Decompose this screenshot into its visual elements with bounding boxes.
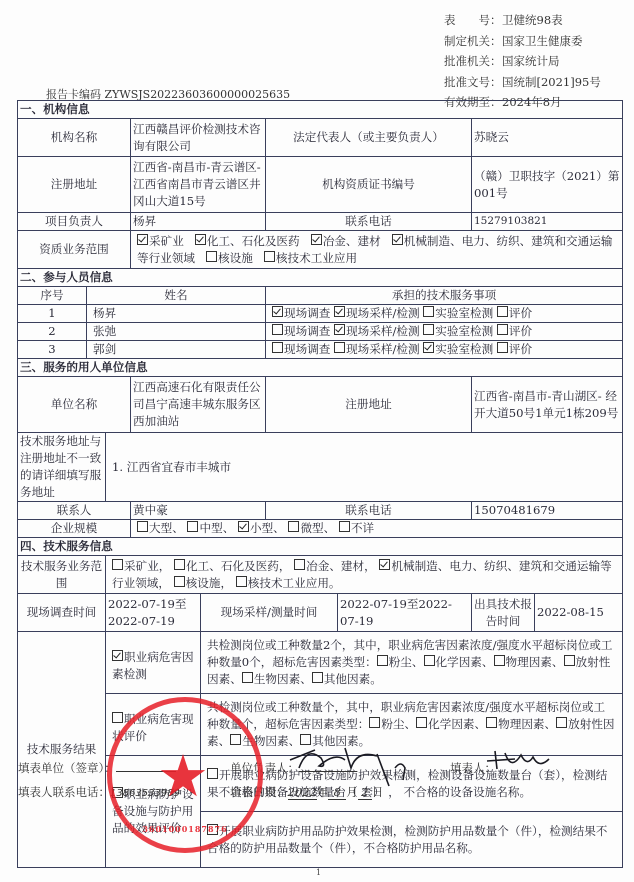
meta-row: 制定机关：国家卫生健康委 — [444, 31, 601, 52]
unit-reg-addr: 江西省-南昌市-青山湖区- 经开大道50号1单元1栋209号 — [472, 377, 623, 433]
section-title: 二、参与人员信息 — [18, 269, 623, 287]
checkbox[interactable] — [497, 342, 508, 353]
report-time: 2022-08-15 — [535, 594, 623, 632]
contact-phone-label: 联系电话 — [266, 502, 472, 520]
task-checkboxes: 现场调查 现场采样/检测 实验室检测 评价 — [266, 305, 623, 323]
checkbox[interactable] — [137, 521, 148, 532]
survey-time: 2022-07-19至2022-07-19 — [106, 594, 201, 632]
checkbox[interactable] — [174, 576, 185, 587]
meta-row: 表 号：卫健统98表 — [444, 10, 601, 31]
table-row: 1 杨昇 现场调查 现场采样/检测 实验室检测 评价 — [18, 305, 623, 323]
filler-phone-field: 填表人联系电话：13863533989 — [18, 784, 180, 800]
checkbox[interactable] — [137, 234, 148, 245]
checkbox[interactable] — [423, 324, 434, 335]
checkbox[interactable] — [334, 324, 345, 335]
checkbox[interactable] — [264, 251, 275, 262]
checkbox[interactable] — [112, 559, 123, 570]
sampling-time: 2022-07-19至2022-07-19 — [338, 594, 472, 632]
col-header-name: 姓名 — [87, 287, 266, 305]
meta-row: 批准机关：国家统计局 — [444, 51, 601, 72]
filler-phone: 13863533989 — [110, 788, 180, 799]
task-checkboxes: 现场调查 现场采样/检测 实验室检测 评价 — [266, 323, 623, 341]
checkbox[interactable] — [294, 559, 305, 570]
checkbox[interactable] — [339, 521, 350, 532]
checkbox[interactable] — [494, 655, 505, 666]
meta-row: 批准文号：国统制[2021]95号 — [444, 72, 601, 93]
task-checkboxes: 现场调查 现场采样/检测 实验室检测 评价 — [266, 341, 623, 359]
checkbox[interactable] — [423, 342, 434, 353]
checkbox[interactable] — [379, 559, 390, 570]
survey-time-label: 现场调查时间 — [18, 594, 106, 632]
unit-reg-addr-label: 注册地址 — [266, 377, 472, 433]
svc-scope: 采矿业， 化工、石化及医药， 冶金、建材， 机械制造、电力、纺织、建筑和交通运输… — [106, 556, 623, 594]
checkbox[interactable] — [312, 672, 323, 683]
org-name: 江西赣昌评价检测技术咨询有限公司 — [131, 119, 266, 157]
section-title: 三、服务的用人单位信息 — [18, 359, 623, 377]
checkbox[interactable] — [334, 342, 345, 353]
checkbox[interactable] — [112, 650, 123, 661]
page-number: 1 — [316, 868, 321, 877]
scope-label: 资质业务范围 — [18, 231, 131, 269]
checkbox[interactable] — [497, 306, 508, 317]
pm-label: 项目负责人 — [18, 213, 131, 231]
checkbox[interactable] — [416, 717, 427, 728]
col-header-no: 序号 — [18, 287, 87, 305]
result-type: 职业病危害因素检测 — [106, 632, 201, 694]
checkbox[interactable] — [272, 342, 283, 353]
filler-sign-field: 填表人： — [450, 760, 496, 776]
checkbox[interactable] — [272, 324, 283, 335]
checkbox[interactable] — [206, 251, 217, 262]
checkbox[interactable] — [497, 324, 508, 335]
checkbox[interactable] — [564, 655, 575, 666]
checkbox[interactable] — [392, 234, 403, 245]
contact-phone: 15070481679 — [472, 502, 623, 520]
checkbox[interactable] — [207, 824, 218, 835]
reg-addr-label: 注册地址 — [18, 157, 131, 213]
checkbox[interactable] — [112, 712, 123, 723]
result-type: 职业病危害现状评价 — [106, 694, 201, 756]
checkbox[interactable] — [311, 234, 322, 245]
unit-sign-field: 填表单位（签章）： — [18, 760, 176, 776]
size-label: 企业规模 — [18, 520, 131, 538]
contact-label: 联系人 — [18, 502, 131, 520]
checkbox[interactable] — [369, 717, 380, 728]
checkbox[interactable] — [556, 717, 567, 728]
unit-name-label: 单位名称 — [18, 377, 131, 433]
fill-date-field: 填表日期：2022年8月2日 — [230, 784, 383, 800]
checkbox[interactable] — [423, 306, 434, 317]
checkbox[interactable] — [230, 734, 241, 745]
checkbox[interactable] — [424, 655, 435, 666]
leader-sign-field: 单位负责人： — [230, 760, 357, 776]
section-title: 四、技术服务信息 — [18, 538, 623, 556]
contact-name: 黄中豪 — [131, 502, 266, 520]
result-detail: 开展职业病防护用品防护效果检测，检测防护用品数量个（件），检测结果不合格的防护用… — [201, 812, 623, 868]
pm-name: 杨昇 — [131, 213, 266, 231]
enterprise-size: 大型、 中型、 小型、 微型、 不详 — [131, 520, 623, 538]
checkbox[interactable] — [288, 521, 299, 532]
cert-label: 机构资质证书编号 — [266, 157, 472, 213]
checkbox[interactable] — [187, 521, 198, 532]
cert-no: （赣）卫职技字（2021）第001号 — [472, 157, 623, 213]
svc-addr-label: 技术服务地址与注册地址不一致的请详细填写服务地址 — [18, 433, 106, 502]
pm-phone: 15279103821 — [472, 213, 623, 231]
checkbox[interactable] — [238, 521, 249, 532]
result-detail: 共检测岗位或工种数量个，其中，职业病危害因素浓度/强度水平超标岗位或工种数量个，… — [201, 694, 623, 756]
checkbox[interactable] — [377, 655, 388, 666]
checkbox[interactable] — [486, 717, 497, 728]
section-title: 一、机构信息 — [18, 101, 623, 119]
checkbox[interactable] — [236, 576, 247, 587]
legal-rep: 苏晓云 — [472, 119, 623, 157]
unit-name: 江西高速石化有限责任公司昌宁高速丰城东服务区西加油站 — [131, 377, 266, 433]
checkbox[interactable] — [300, 734, 311, 745]
qualification-scope: 采矿业 化工、石化及医药 冶金、建材 机械制造、电力、纺织、建筑和交通运输等行业… — [131, 231, 623, 269]
result-detail: 共检测岗位或工种数量2个，其中，职业病危害因素浓度/强度水平超标岗位或工种数量0… — [201, 632, 623, 694]
sampling-time-label: 现场采样/测量时间 — [201, 594, 338, 632]
org-name-label: 机构名称 — [18, 119, 131, 157]
table-row: 3 郭剑 现场调查 现场采样/检测 实验室检测 评价 — [18, 341, 623, 359]
col-header-tasks: 承担的技术服务事项 — [266, 287, 623, 305]
checkbox[interactable] — [174, 559, 185, 570]
reg-addr: 江西省-南昌市-青云谱区-江西省南昌市青云谱区井冈山大道15号 — [131, 157, 266, 213]
result-label: 技术服务结果 — [18, 632, 106, 868]
report-form-table: 一、机构信息 机构名称 江西赣昌评价检测技术咨询有限公司 法定代表人（或主要负责… — [17, 100, 623, 868]
checkbox[interactable] — [195, 234, 206, 245]
phone-label: 联系电话 — [266, 213, 472, 231]
checkbox[interactable] — [334, 306, 345, 317]
report-time-label: 出具技术报告时间 — [472, 594, 535, 632]
form-metadata: 表 号：卫健统98表 制定机关：国家卫生健康委 批准机关：国家统计局 批准文号：… — [444, 10, 601, 113]
checkbox[interactable] — [207, 768, 218, 779]
checkbox[interactable] — [272, 306, 283, 317]
legal-rep-label: 法定代表人（或主要负责人） — [266, 119, 472, 157]
svc-scope-label: 技术服务业务范围 — [18, 556, 106, 594]
svc-addr: 1. 江西省宜春市丰城市 — [106, 433, 623, 502]
checkbox[interactable] — [242, 672, 253, 683]
table-row: 2 张弛 现场调查 现场采样/检测 实验室检测 评价 — [18, 323, 623, 341]
